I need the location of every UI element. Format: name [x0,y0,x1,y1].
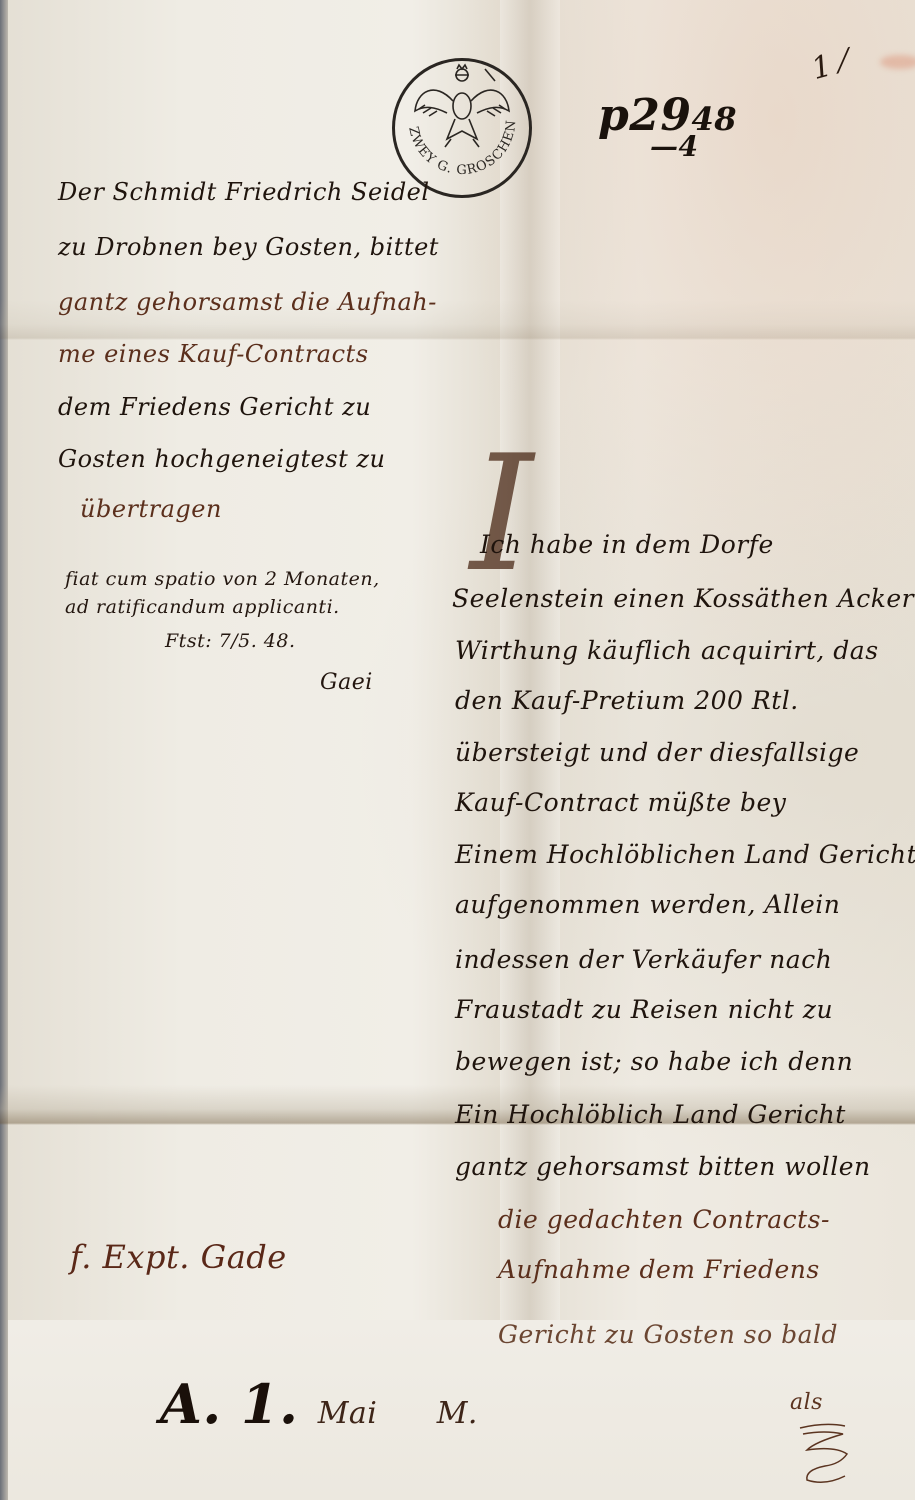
body-line: indessen der Verkäufer nach [455,945,832,974]
body-line: die gedachten Contracts- [498,1205,830,1234]
reference-tick: 1 ⁄ [808,44,851,87]
rubric-line: Gosten hochgeneigtest zu [58,445,385,473]
decree-note-line: ad ratificandum applicanti. [65,596,340,618]
body-line: aufgenommen werden, Allein [455,890,840,919]
crowned-eagle-icon: ZWEY G. GROSCHEN [395,61,529,195]
body-line: Ein Hochlöblich Land Gericht [455,1100,846,1129]
reference-subnumber: —4 [650,130,698,163]
rubric-line: Der Schmidt Friedrich Seidel [58,178,430,206]
body-line: übersteigt und der diesfallsige [455,738,859,767]
document-page: ZWEY G. GROSCHEN p2948 —4 1 ⁄ Der Schmid… [0,0,915,1500]
svg-text:ZWEY G. GROSCHEN: ZWEY G. GROSCHEN [405,119,519,178]
date-line: A. 1. Mai M. [160,1372,478,1436]
ink-stain [880,55,915,69]
signature-flourish-icon [795,1420,855,1490]
date-ad: A. 1. [160,1372,298,1436]
body-line: Aufnahme dem Friedens [498,1255,820,1284]
body-line: Kauf-Contract müßte bey [455,788,786,817]
paper-left-edge [0,0,8,1500]
rubric-line: dem Friedens Gericht zu [58,393,371,421]
body-line: Fraustadt zu Reisen nicht zu [455,995,833,1024]
body-line: Wirthung käuflich acquirirt, das [455,636,879,665]
rubric-line: me eines Kauf-Contracts [58,340,369,368]
rubric-line: übertragen [80,495,222,523]
revenue-stamp: ZWEY G. GROSCHEN [392,58,532,198]
decorative-initial: I [470,420,533,607]
rubric-line: zu Drobnen bey Gosten, bittet [58,233,439,261]
body-line: Gericht zu Gosten so bald [498,1320,838,1349]
rubric-line: gantz gehorsamst die Aufnah- [58,288,437,316]
date-month: Mai [318,1396,378,1431]
body-line: Seelenstein einen Kossäthen Acker- [452,584,915,613]
closing-signature: f. Expt. Gade [70,1238,287,1276]
decree-note-date: Ftst: 7/5. 48. [165,630,296,652]
body-line: als [790,1390,823,1415]
body-line: den Kauf-Pretium 200 Rtl. [455,686,799,715]
body-line: Ich habe in dem Dorfe [480,530,774,559]
decree-note-signature: Gaei [320,670,373,695]
body-line: Einem Hochlöblichen Land Gericht [455,840,915,869]
date-initial: M. [437,1396,478,1431]
body-line: bewegen ist; so habe ich denn [455,1047,853,1076]
body-line: gantz gehorsamst bitten wollen [455,1152,871,1181]
decree-note-line: fiat cum spatio von 2 Monaten, [65,568,380,590]
